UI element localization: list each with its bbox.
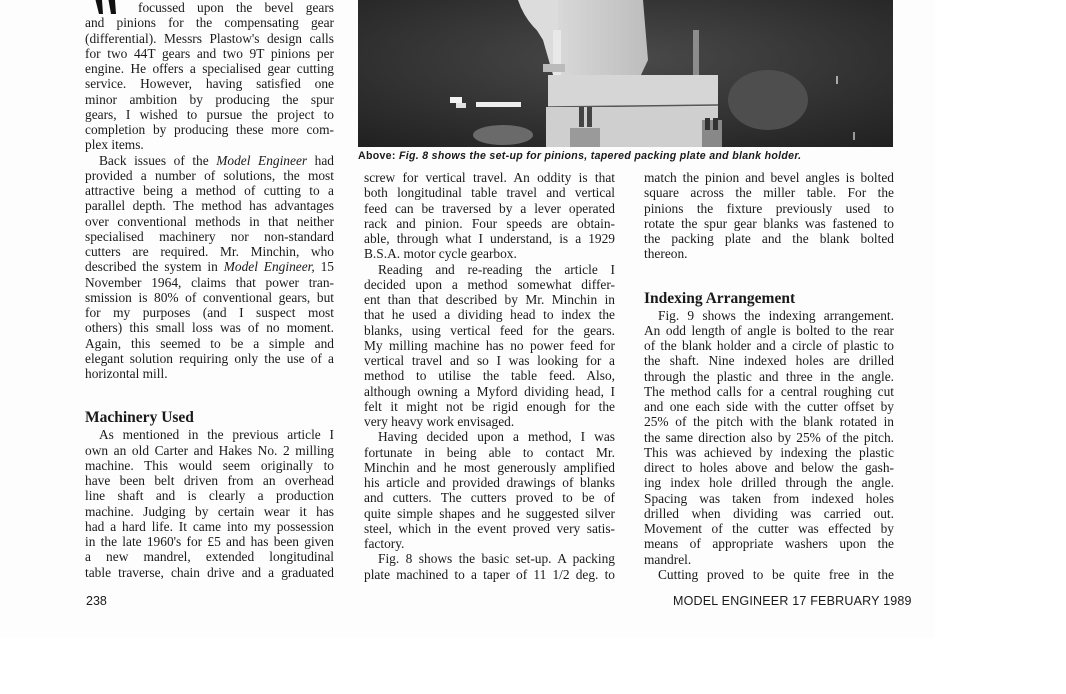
text-line: screw for vertical travel. An oddity is … [364,170,615,185]
text-line: The method calls for a central roughing … [644,384,894,399]
text-line: provided a number of solutions, the most [85,168,334,183]
text-line: able, through what I understand, is a 19… [364,231,615,246]
text-line: smission is 80% of conventional gears, b… [85,290,334,305]
text-line: rack and pinion. Four speeds are obtain- [364,216,615,231]
text-line: and cutters. The cutters proved to be of [364,490,615,505]
running-footer: MODEL ENGINEER 17 FEBRUARY 1989 [673,594,912,608]
text-line: square across the miller table. For the [644,185,894,200]
text-line: As mentioned in the previous article I [85,427,334,442]
text-line: November 1964, claims that power tran- [85,275,334,290]
text-line: for my purposes (and I suspect most [85,305,334,320]
text-line: Minchin and he most generously amplified [364,460,615,475]
text-line: both longitudinal table travel and verti… [364,185,615,200]
caption-text: Fig. 8 shows the set-up for pinions, tap… [399,150,801,162]
section-heading-machinery-used: Machinery Used [85,409,334,427]
text-line: machine. This would seem originally to [85,458,334,473]
text-line: steel, which in the event proved very sa… [364,521,615,536]
text-line: parallel depth. The method has advantage… [85,198,334,213]
publication-title: Model Engineer [216,153,307,168]
text-line: Fig. 9 shows the indexing arrangement. [644,308,894,323]
text-line: others) this small loss was of no moment… [85,320,334,335]
text-line: blanks, using vertical feed for the gear… [364,323,615,338]
text-line: in the late 1960's for £5 and has been g… [85,534,334,549]
text-line: 25% of the pitch with the blank rotated … [644,414,894,429]
text-line: that he used a dividing head to index th… [364,307,615,322]
text-line: focussed upon the bevel gears [85,0,334,15]
text-line: and one each side with the cutter offset… [644,399,894,414]
paragraph-1: focussed upon the bevel gears and pinion… [85,0,334,153]
text-line: quite simple shapes and he suggested sil… [364,506,615,521]
text-line: match the pinion and bevel angles is bol… [644,170,894,185]
text-line: the shaft. Nine indexed holes are drille… [644,353,894,368]
text-line: machine. Judging by certain wear it has [85,504,334,519]
caption-label: Above: [358,150,396,162]
text-line: felt it might not be rigid enough for th… [364,399,615,414]
text-line: service. However, having satisfied one [85,76,334,91]
text-line: thereon. [644,246,894,261]
text-line: Cutting proved to be quite free in the [644,567,894,582]
text-line: for two 44T gears and two 9T pinions per [85,46,334,61]
paragraph-2: Back issues of the Model Engineer had pr… [85,153,334,382]
text-line: Having decided upon a method, I was [364,429,615,444]
text-line: line shaft and is clearly a production [85,488,334,503]
text-line: horizontal mill. [85,366,334,381]
text-line: An odd length of angle is bolted to the … [644,323,894,338]
text-line: Spacing was taken from indexed holes [644,491,894,506]
text-line: a new mandrel, extended longitudinal [85,549,334,564]
text-line: Back issues of the Model Engineer had [85,153,334,168]
column-1: focussed upon the bevel gears and pinion… [85,0,334,580]
milling-setup-photo-graphic [358,0,893,147]
paragraph-4: Fig. 8 shows the basic set-up. A packing… [364,551,615,582]
paragraph-2: Fig. 9 shows the indexing arrangement. A… [644,308,894,567]
paragraph-3: As mentioned in the previous article I o… [85,427,334,580]
text-line: described the system in Model Engineer, … [85,259,334,274]
text-line: through the plastic and three in the ang… [644,369,894,384]
text-line: pinions the fixture previously used to [644,201,894,216]
text-line: very heavy work envisaged. [364,414,615,429]
paragraph-1: match the pinion and bevel angles is bol… [644,170,894,262]
text-line: drilled when dividing was carried out. [644,506,894,521]
text-line: the same direction also by 25% of the pi… [644,430,894,445]
text-line: although owning a Myford dividing head, … [364,384,615,399]
paragraph-2: Reading and re-reading the article I dec… [364,262,615,430]
magazine-page: focussed upon the bevel gears and pinion… [0,0,935,638]
text-line: method to utilise the table feed. Also, [364,368,615,383]
text-line: specialised machinery nor non-standard [85,229,334,244]
text-line: fortunate in being able to contact Mr. [364,445,615,460]
text-line: direct to holes above and below the gash… [644,460,894,475]
text-line: ing index hole drilled through the angle… [644,475,894,490]
text-line: mandrel. [644,552,894,567]
column-2: screw for vertical travel. An oddity is … [364,170,615,582]
text-line: of the blank holder and a circle of plas… [644,338,894,353]
text-line: had a hard life. It came into my possess… [85,519,334,534]
text-line: Movement of the cutter was effected by [644,521,894,536]
text-line: over conventional methods in that neithe… [85,214,334,229]
text-line: table traverse, chain drive and a gradua… [85,565,334,580]
text-line: have been belt driven from an overhead [85,473,334,488]
text-line: (differential). Messrs Plastow's design … [85,31,334,46]
text-line: B.S.A. motor cycle gearbox. [364,246,615,261]
text-line: Again, this seemed to be a simple and [85,336,334,351]
text-line: gears, I wished to pursue the project to [85,107,334,122]
paragraph-3: Cutting proved to be quite free in the [644,567,894,582]
text-line: vertical travel and so I was looking for… [364,353,615,368]
column-3: match the pinion and bevel angles is bol… [644,170,894,582]
text-line: rotate the spur gear blanks was fastened… [644,216,894,231]
text-line: and pinions for the compensating gear [85,15,334,30]
text-line: means of appropriate washers upon the [644,536,894,551]
text-line: minor ambition by producing the spur [85,92,334,107]
text-line: attractive being a method of cutting to … [85,183,334,198]
text-line: the packing plate and the blank bolted [644,231,894,246]
text-line: ent than that described by Mr. Minchin i… [364,292,615,307]
text-line: his article and provided drawings of bla… [364,475,615,490]
text-line: elegant solution requiring only the use … [85,351,334,366]
text-line: factory. [364,536,615,551]
figure-caption: Above: Fig. 8 shows the set-up for pinio… [358,150,801,163]
text-line: This was achieved by indexing the plasti… [644,445,894,460]
text-line: engine. He offers a specialised gear cut… [85,61,334,76]
page-number: 238 [86,594,107,608]
section-heading-indexing-arrangement: Indexing Arrangement [644,290,894,308]
text-line: completion by producing these more com- [85,122,334,137]
paragraph-3: Having decided upon a method, I was fort… [364,429,615,551]
text-line: plex items. [85,137,334,152]
text-line: Reading and re-reading the article I [364,262,615,277]
text-line: Fig. 8 shows the basic set-up. A packing [364,551,615,566]
text-line: decided upon a method somewhat differ- [364,277,615,292]
text-line: cutters are required. Mr. Minchin, who [85,244,334,259]
publication-title: Model Engineer, [224,259,315,274]
paragraph-1: screw for vertical travel. An oddity is … [364,170,615,262]
text-line: My milling machine has no power feed for [364,338,615,353]
figure-8-photo [358,0,893,147]
text-line: plate machined to a taper of 11 1/2 deg.… [364,567,615,582]
text-line: own an old Carter and Hakes No. 2 millin… [85,443,334,458]
text-line: feed can be traversed by a lever operate… [364,201,615,216]
